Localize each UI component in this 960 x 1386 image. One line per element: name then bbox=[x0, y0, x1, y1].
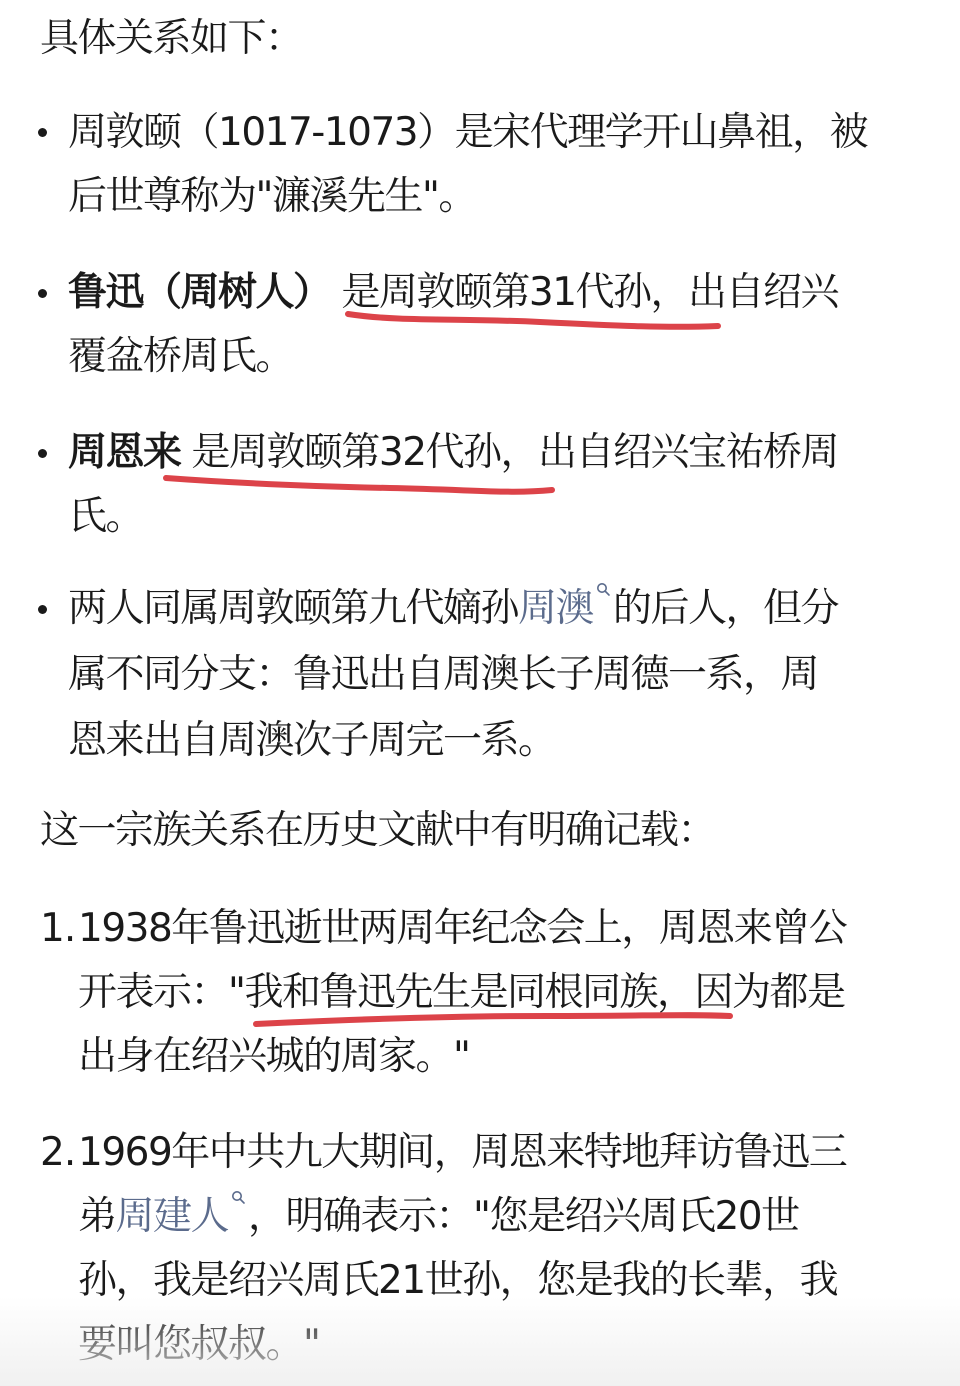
record-1-line-1: 1938年鲁迅逝世两周年纪念会上，周恩来曾公 bbox=[78, 904, 846, 954]
record-2-text: 弟 bbox=[78, 1194, 116, 1239]
section-2-intro: 这一宗族关系在历史文献中有明确记载： bbox=[40, 806, 715, 856]
record-2-line-3: 孙，我是绍兴周氏21世孙，您是我的长辈，我 bbox=[78, 1256, 837, 1306]
search-icon[interactable] bbox=[596, 582, 611, 597]
red-underline-annotation bbox=[160, 468, 560, 500]
bullet-4-line-1: 两人同属周敦颐第九代嫡孙周澳的后人，但分 bbox=[68, 584, 838, 634]
record-2-number: 2. bbox=[40, 1128, 75, 1178]
record-1-line-3: 出身在绍兴城的周家。" bbox=[78, 1032, 469, 1082]
bullet-1-line-2: 后世尊称为"濂溪先生"。 bbox=[68, 172, 476, 222]
bullet-dot bbox=[38, 605, 47, 614]
bullet-2-subject: 鲁迅（周树人） bbox=[68, 270, 331, 315]
record-2-line-2: 弟周建人，明确表示："您是绍兴周氏20世 bbox=[78, 1192, 799, 1242]
red-underline-annotation bbox=[340, 304, 725, 334]
bullet-dot bbox=[38, 289, 47, 298]
link-zhou-ao[interactable]: 周澳 bbox=[518, 586, 593, 631]
bullet-4-text: 两人同属周敦颐第九代嫡孙 bbox=[68, 586, 518, 631]
bullet-4-line-3: 恩来出自周澳次子周完一系。 bbox=[68, 716, 556, 766]
bullet-dot bbox=[38, 128, 47, 137]
bullet-2-line-2: 覆盆桥周氏。 bbox=[68, 332, 293, 382]
bullet-dot bbox=[38, 449, 47, 458]
record-2-line-4: 要叫您叔叔。" bbox=[78, 1320, 319, 1370]
bullet-1-line-1: 周敦颐（1017-1073）是宋代理学开山鼻祖，被 bbox=[68, 108, 867, 158]
record-2-text-after-link: ，明确表示："您是绍兴周氏20世 bbox=[248, 1194, 799, 1239]
search-icon[interactable] bbox=[231, 1190, 246, 1205]
link-zhou-jianren[interactable]: 周建人 bbox=[116, 1194, 229, 1239]
bullet-3-line-2: 氏。 bbox=[68, 492, 143, 542]
article-content: 具体关系如下： 周敦颐（1017-1073）是宋代理学开山鼻祖，被 后世尊称为"… bbox=[0, 0, 960, 1386]
bullet-4-line-2: 属不同分支：鲁迅出自周澳长子周德一系，周 bbox=[68, 650, 818, 700]
intro-text: 具体关系如下： bbox=[40, 14, 303, 64]
record-2-line-1: 1969年中共九大期间，周恩来特地拜访鲁迅三 bbox=[78, 1128, 846, 1178]
record-1-number: 1. bbox=[40, 904, 75, 954]
bullet-4-text-after-link: 的后人，但分 bbox=[613, 586, 838, 631]
